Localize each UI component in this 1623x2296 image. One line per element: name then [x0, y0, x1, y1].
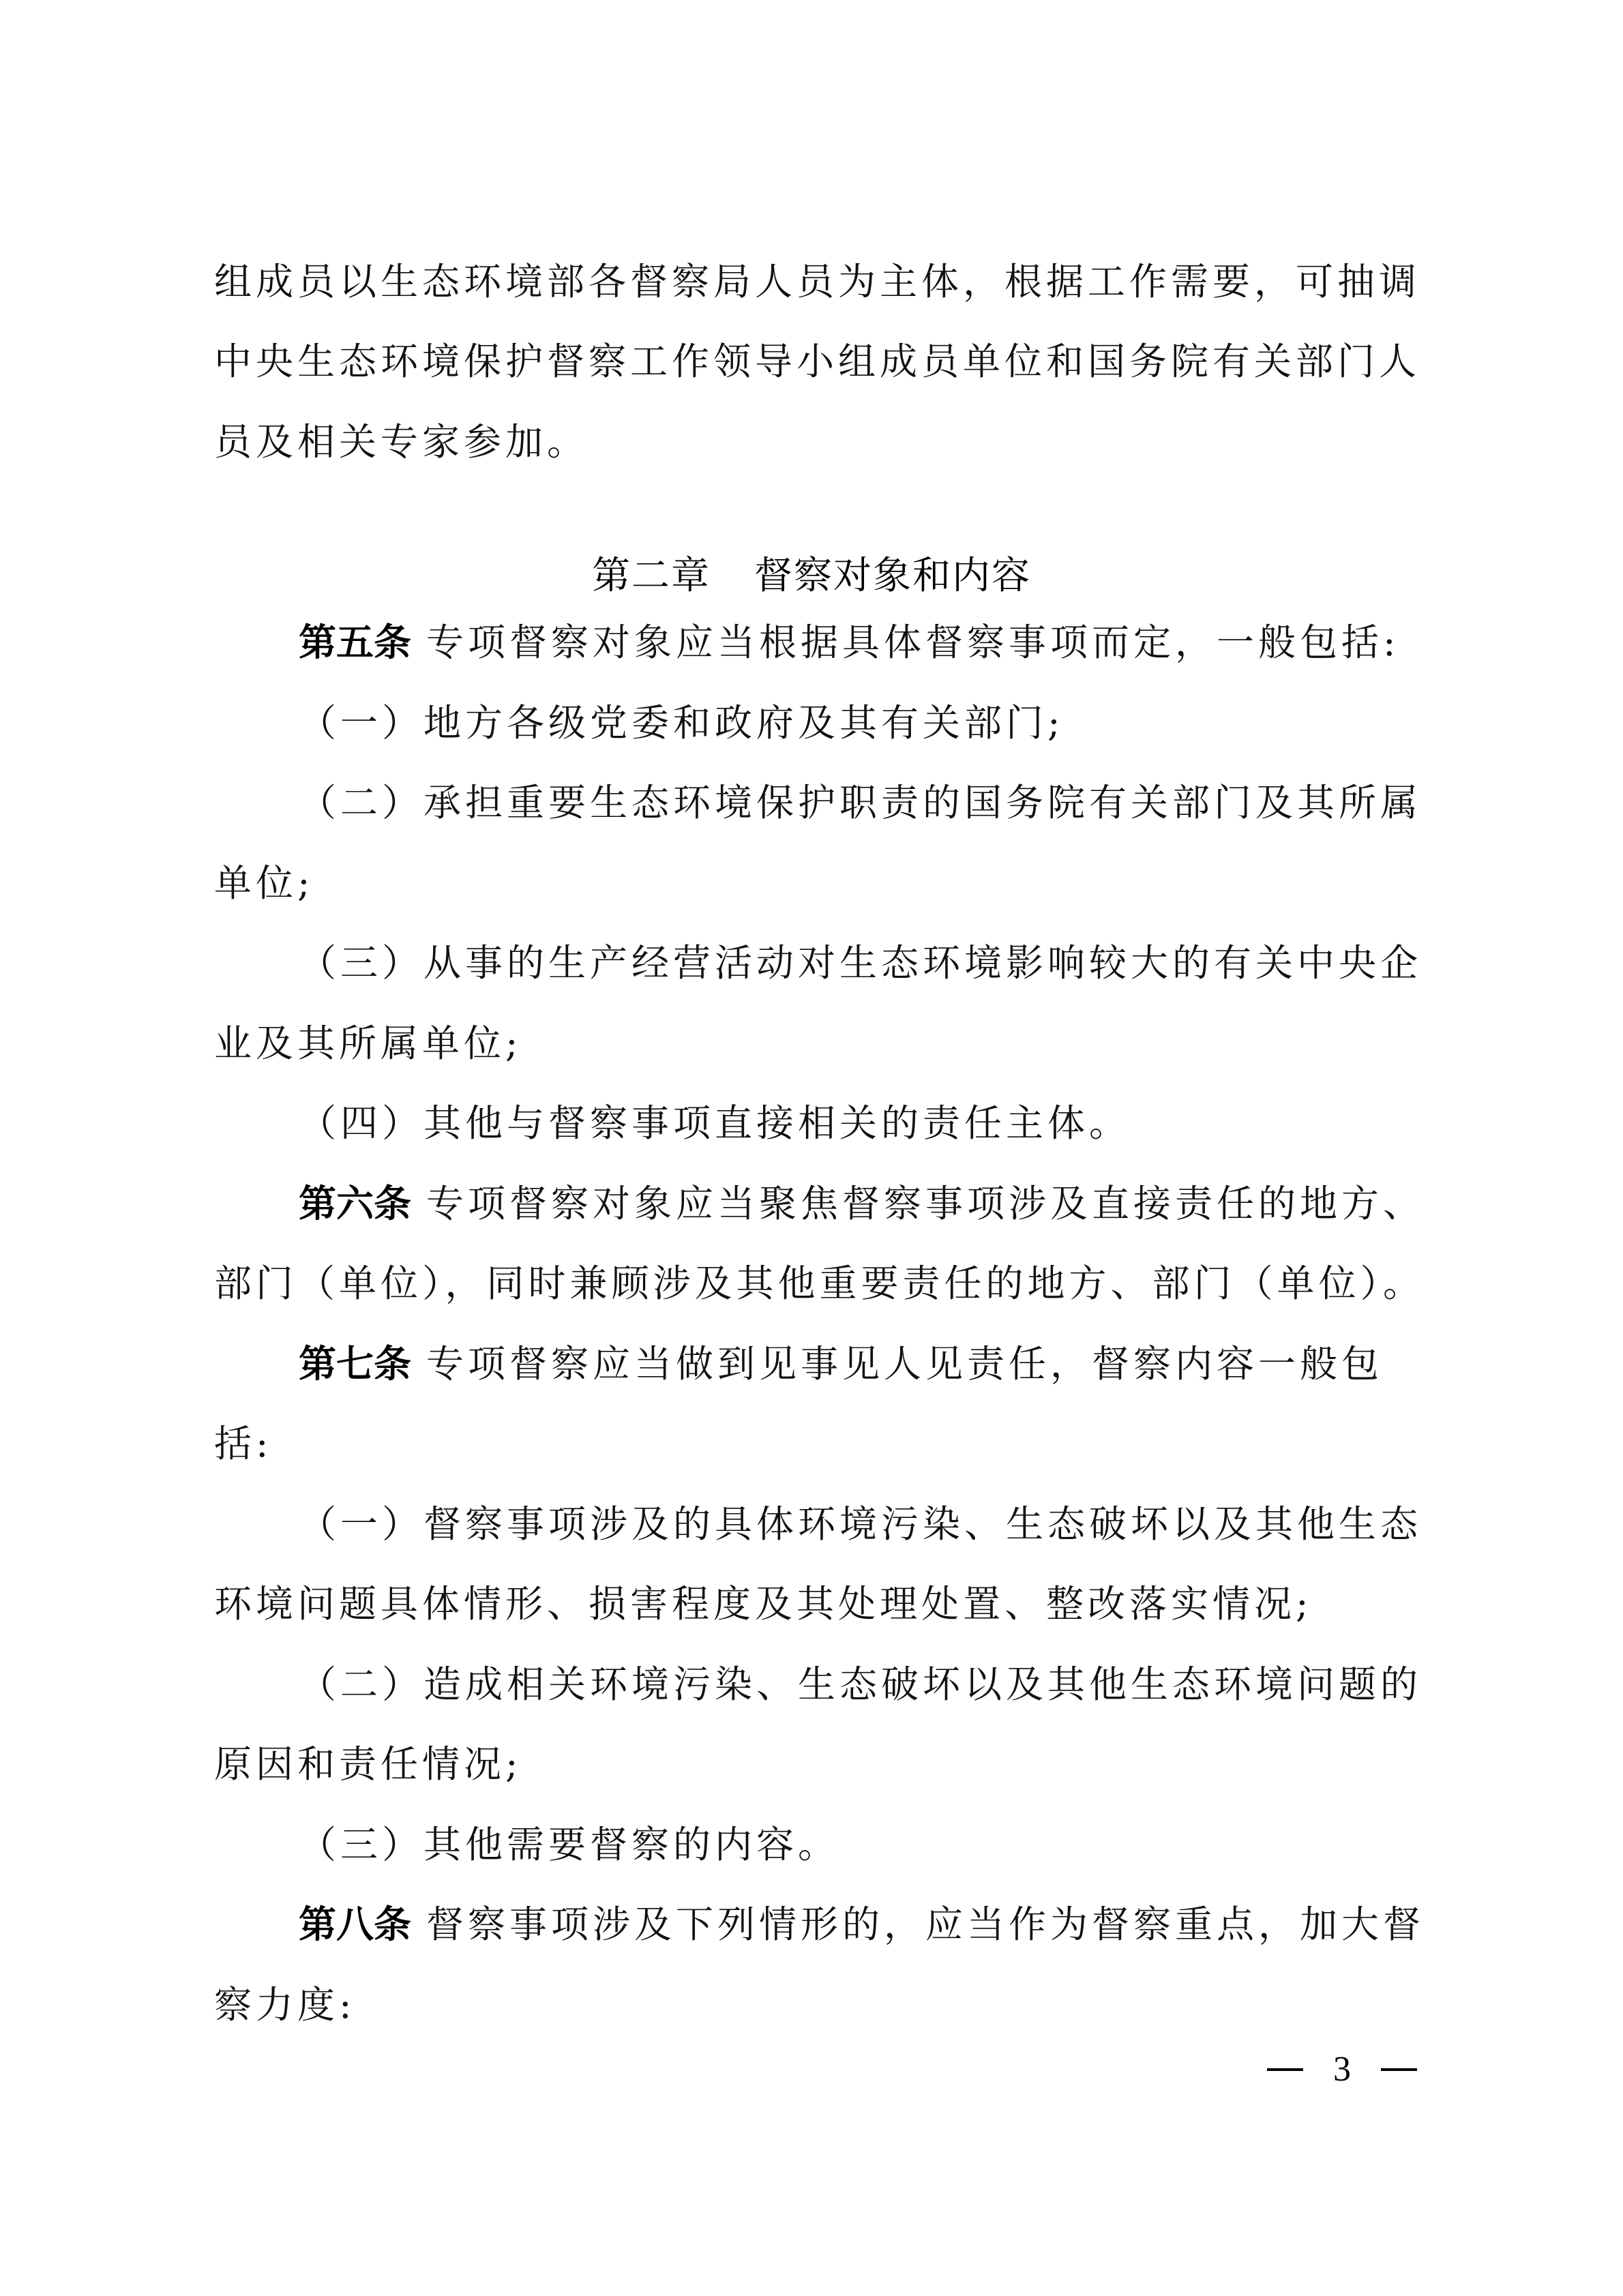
article-5: 第五条专项督察对象应当根据具体督察事项而定，一般包括:	[299, 615, 1513, 670]
list-item-5-2: （二）承担重要生态环境保护职责的国务院有关部门及其所属	[299, 775, 1513, 830]
body-line-1: 组成员以生态环境部各督察局人员为主体，根据工作需要，可抽调	[214, 254, 1428, 309]
line-text: 督察事项涉及下列情形的，应当作为督察重点，加大督	[426, 1903, 1425, 1946]
list-item-5-1: （一）地方各级党委和政府及其有关部门;	[299, 696, 1513, 750]
line-text: 专项督察对象应当聚焦督察事项涉及直接责任的地方、	[426, 1182, 1425, 1225]
list-item-5-3: （三）从事的生产经营活动对生态环境影响较大的有关中央企	[299, 936, 1513, 990]
chapter-heading: 第二章督察对象和内容	[0, 549, 1623, 603]
line-text: （一）地方各级党委和政府及其有关部门;	[299, 701, 1064, 745]
dash-right-icon	[1381, 2068, 1417, 2071]
article-label: 第六条	[299, 1182, 411, 1225]
line-text: 中央生态环境保护督察工作领导小组成员单位和国务院有关部门人	[214, 340, 1420, 383]
body-line-2: 中央生态环境保护督察工作领导小组成员单位和国务院有关部门人	[214, 334, 1428, 389]
page-number: 3	[1267, 2049, 1417, 2090]
line-text: （一）督察事项涉及的具体环境污染、生态破坏以及其他生态	[299, 1502, 1422, 1546]
line-text: 组成员以生态环境部各督察局人员为主体，根据工作需要，可抽调	[214, 260, 1420, 303]
chapter-title: 督察对象和内容	[754, 554, 1031, 598]
line-text: 环境问题具体情形、损害程度及其处理处置、整改落实情况;	[214, 1582, 1313, 1626]
article-6-cont: 部门（单位），同时兼顾涉及其他重要责任的地方、部门（单位）。	[214, 1256, 1428, 1311]
dash-left-icon	[1267, 2068, 1303, 2071]
list-item-5-2-cont: 单位;	[214, 856, 1428, 910]
line-text: （三）从事的生产经营活动对生态环境影响较大的有关中央企	[299, 941, 1422, 985]
body-line-3: 员及相关专家参加。	[214, 415, 1428, 469]
line-text: （三）其他需要督察的内容。	[299, 1823, 839, 1866]
line-text: 单位;	[214, 861, 314, 905]
document-page: 组成员以生态环境部各督察局人员为主体，根据工作需要，可抽调 中央生态环境保护督察…	[0, 0, 1623, 2296]
line-text: 专项督察对象应当根据具体督察事项而定，一般包括:	[426, 621, 1400, 664]
article-8: 第八条督察事项涉及下列情形的，应当作为督察重点，加大督	[299, 1897, 1513, 1952]
line-text: 专项督察应当做到见事见人见责任，督察内容一般包	[426, 1342, 1383, 1386]
article-label: 第七条	[299, 1342, 411, 1386]
line-text: 原因和责任情况;	[214, 1742, 522, 1786]
list-item-5-4: （四）其他与督察事项直接相关的责任主体。	[299, 1096, 1513, 1150]
line-text: （二）承担重要生态环境保护职责的国务院有关部门及其所属	[299, 781, 1422, 824]
article-8-cont: 察力度:	[214, 1978, 1428, 2032]
line-text: （四）其他与督察事项直接相关的责任主体。	[299, 1101, 1131, 1145]
article-label: 第五条	[299, 621, 411, 664]
line-text: 员及相关专家参加。	[214, 420, 589, 464]
line-text: 部门（单位），同时兼顾涉及其他重要责任的地方、部门（单位）。	[214, 1262, 1425, 1305]
list-item-7-2: （二）造成相关环境污染、生态破坏以及其他生态环境问题的	[299, 1657, 1513, 1712]
article-label: 第八条	[299, 1903, 411, 1946]
line-text: 业及其所属单位;	[214, 1022, 522, 1065]
page-number-value: 3	[1333, 2049, 1351, 2090]
line-text: 括:	[214, 1422, 273, 1465]
list-item-7-1: （一）督察事项涉及的具体环境污染、生态破坏以及其他生态	[299, 1497, 1513, 1551]
list-item-7-3: （三）其他需要督察的内容。	[299, 1817, 1513, 1872]
article-7-cont: 括:	[214, 1416, 1428, 1471]
line-text: （二）造成相关环境污染、生态破坏以及其他生态环境问题的	[299, 1663, 1422, 1706]
list-item-7-1-cont: 环境问题具体情形、损害程度及其处理处置、整改落实情况;	[214, 1577, 1428, 1631]
article-7: 第七条专项督察应当做到见事见人见责任，督察内容一般包	[299, 1337, 1513, 1391]
article-6: 第六条专项督察对象应当聚焦督察事项涉及直接责任的地方、	[299, 1176, 1513, 1231]
chapter-number: 第二章	[592, 554, 711, 598]
list-item-7-2-cont: 原因和责任情况;	[214, 1737, 1428, 1791]
line-text: 察力度:	[214, 1983, 356, 2027]
list-item-5-3-cont: 业及其所属单位;	[214, 1016, 1428, 1071]
